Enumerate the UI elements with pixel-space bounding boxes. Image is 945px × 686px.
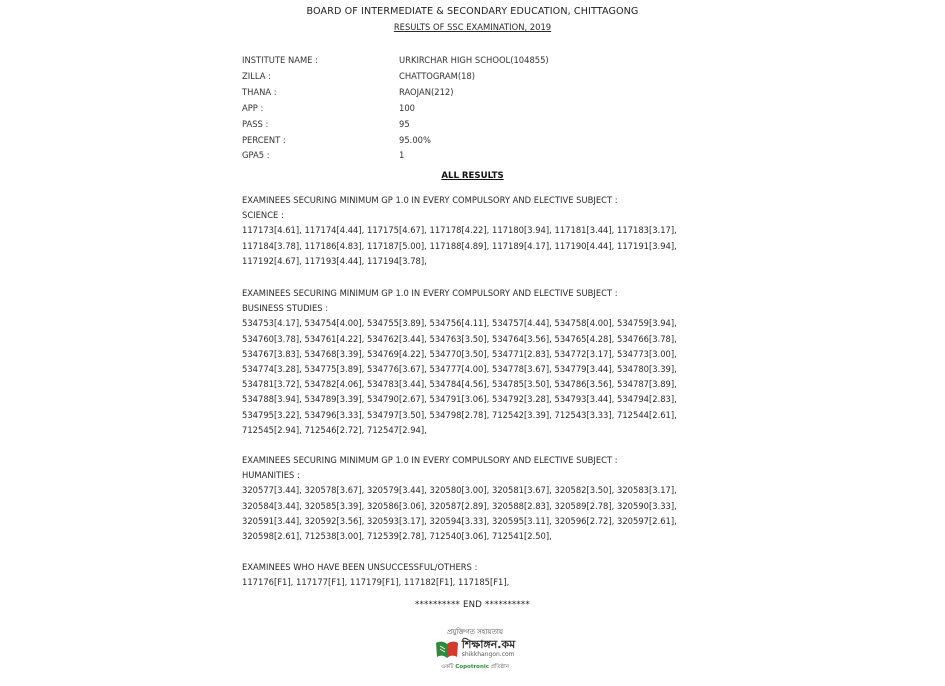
info-value: 1 <box>399 148 404 164</box>
result-entry: 534772[3.17], <box>555 349 615 359</box>
result-entry: 117174[4.44], <box>305 225 365 235</box>
result-entry: 534761[4.22], <box>305 334 365 344</box>
result-entry: 534759[3.94], <box>617 318 677 328</box>
section-heading: EXAMINEES SECURING MINIMUM GP 1.0 IN EVE… <box>242 286 702 301</box>
result-entry: 320587[2.89], <box>430 501 490 511</box>
logo-text: শিক্ষাঙ্গন.কম shikkhangon.com <box>462 640 516 660</box>
result-entry: 534789[3.39], <box>305 394 365 404</box>
result-list: 534753[4.17], 534754[4.00], 534755[3.89]… <box>242 316 682 438</box>
result-entry: 320577[3.44], <box>242 485 302 495</box>
sponsor-logo: শিক্ষাঙ্গন.কম shikkhangon.com <box>405 640 545 660</box>
result-entry: 117183[3.17], <box>617 225 677 235</box>
result-entry: 117189[4.17], <box>492 241 552 251</box>
result-entry: 117175[4.67], <box>367 225 427 235</box>
info-value: 95.00% <box>399 133 431 149</box>
section-unsuccessful: EXAMINEES WHO HAVE BEEN UNSUCCESSFUL/OTH… <box>242 560 702 590</box>
info-label: INSTITUTE NAME : <box>242 53 399 69</box>
result-entry: 320582[3.50], <box>555 485 615 495</box>
result-entry: 712544[2.61], <box>617 410 677 420</box>
result-entry: 534785[3.50], <box>492 379 552 389</box>
info-row-thana: THANA : RAOJAN(212) <box>242 85 549 101</box>
info-row-pass: PASS : 95 <box>242 117 549 133</box>
info-label: ZILLA : <box>242 69 399 85</box>
info-label: PERCENT : <box>242 133 399 149</box>
result-entry: 534765[4.28], <box>555 334 615 344</box>
result-entry: 117192[4.67], <box>242 256 302 266</box>
result-entry: 320579[3.44], <box>367 485 427 495</box>
result-entry: 534755[3.89], <box>367 318 427 328</box>
info-label: THANA : <box>242 85 399 101</box>
sponsor-tagline: প্রযুক্তিগত সহায়তায় <box>405 626 545 638</box>
result-entry: 534758[4.00], <box>555 318 615 328</box>
result-entry: 534768[3.39], <box>305 349 365 359</box>
result-entry: 117176[F1], <box>242 577 293 587</box>
result-entry: 117190[4.44], <box>555 241 615 251</box>
result-entry: 712546[2.72], <box>305 425 365 435</box>
result-entry: 534774[3.28], <box>242 364 302 374</box>
result-entry: 712538[3.00], <box>305 531 365 541</box>
result-list: 117173[4.61], 117174[4.44], 117175[4.67]… <box>242 223 682 269</box>
result-entry: 534796[3.33], <box>305 410 365 420</box>
result-entry: 320595[3.11], <box>492 516 552 526</box>
result-entry: 534775[3.89], <box>305 364 365 374</box>
sponsor-footer: প্রযুক্তিগত সহায়তায় শিক্ষাঙ্গন.কম shik… <box>405 626 545 672</box>
result-entry: 117185[F1], <box>458 577 509 587</box>
section-heading: EXAMINEES WHO HAVE BEEN UNSUCCESSFUL/OTH… <box>242 560 702 575</box>
info-value: 95 <box>399 117 410 133</box>
result-entry: 117188[4.89], <box>430 241 490 251</box>
info-value: 100 <box>399 101 415 117</box>
info-label: PASS : <box>242 117 399 133</box>
info-row-institute-name: INSTITUTE NAME : URKIRCHAR HIGH SCHOOL(1… <box>242 53 549 69</box>
result-entry: 534788[3.94], <box>242 394 302 404</box>
result-entry: 534780[3.39], <box>617 364 677 374</box>
result-entry: 534793[3.44], <box>555 394 615 404</box>
result-entry: 117193[4.44], <box>305 256 365 266</box>
result-entry: 117173[4.61], <box>242 225 302 235</box>
result-entry: 534778[3.67], <box>492 364 552 374</box>
result-entry: 117184[3.78], <box>242 241 302 251</box>
result-list: 117176[F1], 117177[F1], 117179[F1], 1171… <box>242 575 682 590</box>
result-entry: 534753[4.17], <box>242 318 302 328</box>
result-entry: 117182[F1], <box>404 577 455 587</box>
result-entry: 534754[4.00], <box>305 318 365 328</box>
result-entry: 320584[3.44], <box>242 501 302 511</box>
result-entry: 712545[2.94], <box>242 425 302 435</box>
result-entry: 534777[4.00], <box>430 364 490 374</box>
end-marker: ********** END ********** <box>0 600 945 610</box>
result-entry: 534784[4.56], <box>430 379 490 389</box>
result-entry: 320586[3.06], <box>367 501 427 511</box>
result-entry: 117178[4.22], <box>430 225 490 235</box>
info-row-zilla: ZILLA : CHATTOGRAM(18) <box>242 69 549 85</box>
result-entry: 320585[3.39], <box>305 501 365 511</box>
result-entry: 534766[3.78], <box>617 334 677 344</box>
info-label: GPA5 : <box>242 148 399 164</box>
result-entry: 320578[3.67], <box>305 485 365 495</box>
result-entry: 117180[3.94], <box>492 225 552 235</box>
result-entry: 320589[2.78], <box>555 501 615 511</box>
info-label: APP : <box>242 101 399 117</box>
result-entry: 117186[4.83], <box>305 241 365 251</box>
result-list: 320577[3.44], 320578[3.67], 320579[3.44]… <box>242 483 682 544</box>
result-entry: 534782[4.06], <box>305 379 365 389</box>
result-entry: 534769[4.22], <box>367 349 427 359</box>
result-entry: 534770[3.50], <box>430 349 490 359</box>
result-entry: 534779[3.44], <box>555 364 615 374</box>
result-entry: 712539[2.78], <box>367 531 427 541</box>
result-entry: 117181[3.44], <box>555 225 615 235</box>
result-entry: 712540[3.06], <box>430 531 490 541</box>
section-science: EXAMINEES SECURING MINIMUM GP 1.0 IN EVE… <box>242 193 702 269</box>
result-entry: 320590[3.33], <box>617 501 677 511</box>
result-entry: 117194[3.78], <box>367 256 427 266</box>
brand-domain: shikkhangon.com <box>462 650 516 660</box>
result-entry: 117177[F1], <box>296 577 347 587</box>
section-business-studies: EXAMINEES SECURING MINIMUM GP 1.0 IN EVE… <box>242 286 702 438</box>
section-humanities: EXAMINEES SECURING MINIMUM GP 1.0 IN EVE… <box>242 453 702 544</box>
result-entry: 534764[3.56], <box>492 334 552 344</box>
result-entry: 117179[F1], <box>350 577 401 587</box>
result-entry: 320588[2.83], <box>492 501 552 511</box>
result-entry: 534763[3.50], <box>430 334 490 344</box>
result-entry: 534786[3.56], <box>555 379 615 389</box>
result-entry: 320598[2.61], <box>242 531 302 541</box>
info-row-app: APP : 100 <box>242 101 549 117</box>
group-label: BUSINESS STUDIES : <box>242 301 702 316</box>
institute-info: INSTITUTE NAME : URKIRCHAR HIGH SCHOOL(1… <box>242 53 549 164</box>
result-entry: 320597[2.61], <box>617 516 677 526</box>
result-entry: 534795[3.22], <box>242 410 302 420</box>
info-value: CHATTOGRAM(18) <box>399 69 475 85</box>
open-book-icon <box>435 640 459 660</box>
result-entry: 534762[3.44], <box>367 334 427 344</box>
board-title: BOARD OF INTERMEDIATE & SECONDARY EDUCAT… <box>0 6 945 17</box>
result-entry: 117187[5.00], <box>367 241 427 251</box>
info-row-gpa5: GPA5 : 1 <box>242 148 549 164</box>
result-entry: 320592[3.56], <box>305 516 365 526</box>
result-entry: 534757[4.44], <box>492 318 552 328</box>
result-entry: 712541[2.50], <box>492 531 552 541</box>
result-entry: 534781[3.72], <box>242 379 302 389</box>
result-entry: 534760[3.78], <box>242 334 302 344</box>
result-entry: 534792[3.28], <box>492 394 552 404</box>
result-entry: 320581[3.67], <box>492 485 552 495</box>
result-entry: 534767[3.83], <box>242 349 302 359</box>
credit-brand: Copotronic <box>455 664 489 670</box>
result-entry: 534783[3.44], <box>367 379 427 389</box>
result-entry: 320593[3.17], <box>367 516 427 526</box>
section-heading: EXAMINEES SECURING MINIMUM GP 1.0 IN EVE… <box>242 193 702 208</box>
result-entry: 320594[3.33], <box>430 516 490 526</box>
credit-suffix: প্রতিষ্ঠান <box>491 664 509 670</box>
brand-name: শিক্ষাঙ্গন.কম <box>462 640 516 650</box>
info-value: URKIRCHAR HIGH SCHOOL(104855) <box>399 53 549 69</box>
group-label: HUMANITIES : <box>242 468 702 483</box>
result-entry: 534791[3.06], <box>430 394 490 404</box>
result-entry: 534797[3.50], <box>367 410 427 420</box>
result-entry: 712542[3.39], <box>492 410 552 420</box>
result-entry: 712547[2.94], <box>367 425 427 435</box>
results-document: BOARD OF INTERMEDIATE & SECONDARY EDUCAT… <box>0 0 945 686</box>
result-entry: 320580[3.00], <box>430 485 490 495</box>
exam-subtitle: RESULTS OF SSC EXAMINATION, 2019 <box>0 22 945 32</box>
result-entry: 534756[4.11], <box>430 318 490 328</box>
result-entry: 534771[2.83], <box>492 349 552 359</box>
result-entry: 117191[3.94], <box>617 241 677 251</box>
group-label: SCIENCE : <box>242 208 702 223</box>
credit-prefix: একটি <box>441 664 454 670</box>
credit-line: একটি Copotronic প্রতিষ্ঠান <box>405 664 545 672</box>
section-heading: EXAMINEES SECURING MINIMUM GP 1.0 IN EVE… <box>242 453 702 468</box>
result-entry: 534787[3.89], <box>617 379 677 389</box>
result-entry: 320583[3.17], <box>617 485 677 495</box>
result-entry: 534798[2.78], <box>430 410 490 420</box>
result-entry: 534773[3.00], <box>617 349 677 359</box>
result-entry: 320591[3.44], <box>242 516 302 526</box>
result-entry: 534794[2.83], <box>617 394 677 404</box>
result-entry: 712543[3.33], <box>555 410 615 420</box>
result-entry: 534790[2.67], <box>367 394 427 404</box>
result-entry: 320596[2.72], <box>555 516 615 526</box>
info-row-percent: PERCENT : 95.00% <box>242 133 549 149</box>
result-entry: 534776[3.67], <box>367 364 427 374</box>
all-results-heading: ALL RESULTS <box>0 171 945 181</box>
info-value: RAOJAN(212) <box>399 85 454 101</box>
